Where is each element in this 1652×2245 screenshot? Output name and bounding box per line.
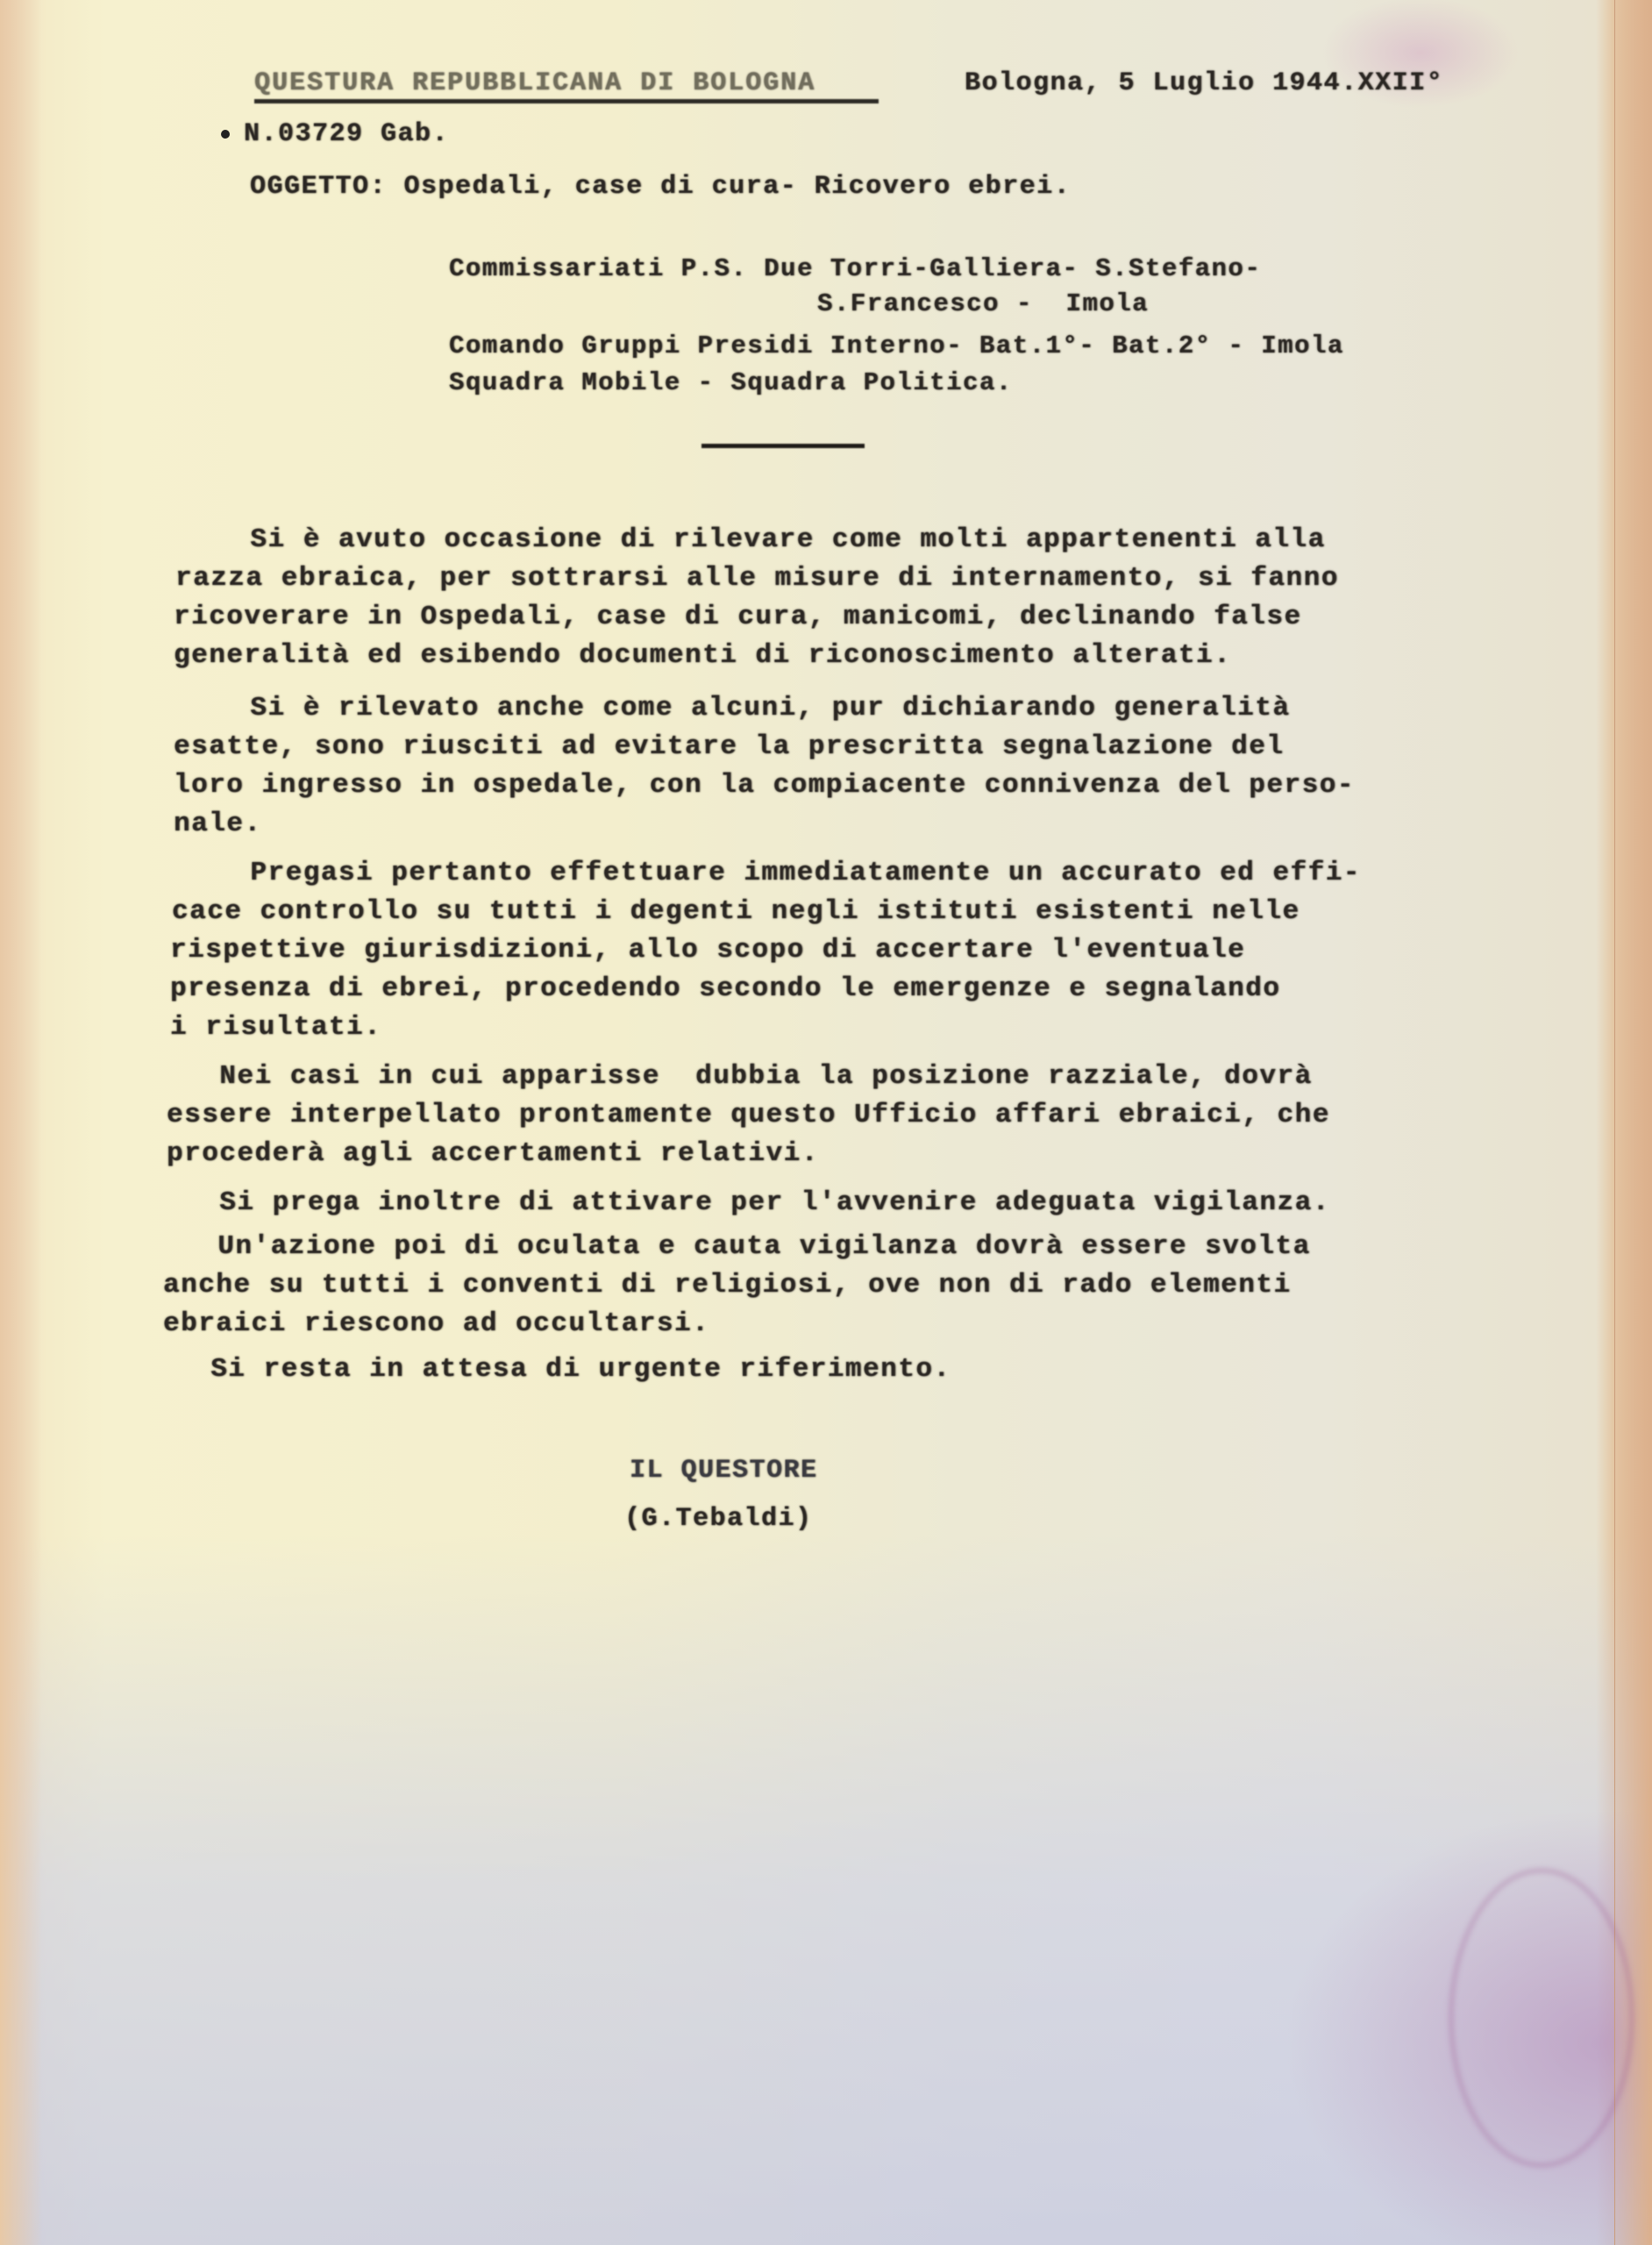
body-line: Pregasi pertanto effettuare immediatamen… bbox=[180, 858, 1361, 888]
body-line: presenza di ebrei, procedendo secondo le… bbox=[170, 973, 1281, 1004]
recipient-line: Commissariati P.S. Due Torri-Galliera- S… bbox=[449, 254, 1261, 283]
faded-stamp-mark bbox=[1449, 1868, 1634, 2168]
body-line: Nei casi in cui apparisse dubbia la posi… bbox=[167, 1061, 1313, 1092]
body-line: Si è rilevato anche come alcuni, pur dic… bbox=[180, 693, 1291, 723]
signatory-title: IL QUESTORE bbox=[630, 1456, 818, 1486]
paper-right-edge bbox=[1614, 0, 1652, 2245]
body-line: Si resta in attesa di urgente riferiment… bbox=[175, 1354, 951, 1385]
body-line: nale. bbox=[174, 809, 262, 839]
body-line: procederà agli accertamenti relativi. bbox=[167, 1138, 819, 1169]
signatory-name: (G.Tebaldi) bbox=[624, 1504, 813, 1534]
body-line: loro ingresso in ospedale, con la compia… bbox=[174, 770, 1355, 801]
body-line: rispettive giurisdizioni, allo scopo di … bbox=[170, 935, 1245, 966]
body-line: esatte, sono riusciti ad evitare la pres… bbox=[174, 731, 1285, 762]
place-and-date: Bologna, 5 Luglio 1944.XXII° bbox=[965, 68, 1443, 98]
paper-left-edge bbox=[0, 0, 42, 2245]
issuing-office: QUESTURA REPUBBLICANA DI BOLOGNA bbox=[254, 68, 815, 98]
body-line: i risultati. bbox=[170, 1012, 381, 1043]
body-line: ebraici riescono ad occultarsi. bbox=[163, 1308, 709, 1339]
body-line: Un'azione poi di oculata e cauta vigilan… bbox=[165, 1231, 1311, 1262]
recipient-line: Comando Gruppi Presidi Interno- Bat.1°- … bbox=[449, 331, 1344, 360]
body-line: anche su tutti i conventi di religiosi, … bbox=[163, 1270, 1292, 1301]
recipient-line: S.Francesco - Imola bbox=[817, 289, 1149, 318]
section-divider bbox=[701, 444, 865, 448]
body-line: ricoverare in Ospedali, case di cura, ma… bbox=[174, 602, 1302, 632]
subject-text: Ospedali, case di cura- Ricovero ebrei. bbox=[404, 172, 1072, 202]
punch-hole-dot bbox=[221, 130, 230, 139]
subject-line: OGGETTO: Ospedali, case di cura- Ricover… bbox=[250, 172, 1071, 202]
body-line: Si prega inoltre di attivare per l'avven… bbox=[167, 1187, 1330, 1218]
header-underline bbox=[254, 99, 879, 103]
body-line: cace controllo su tutti i degenti negli … bbox=[172, 896, 1300, 927]
body-line: razza ebraica, per sottrarsi alle misure… bbox=[175, 563, 1339, 594]
protocol-number: N.03729 Gab. bbox=[244, 119, 449, 149]
subject-label: OGGETTO: bbox=[250, 172, 387, 202]
body-line: Si è avuto occasione di rilevare come mo… bbox=[180, 524, 1326, 555]
recipient-line: Squadra Mobile - Squadra Politica. bbox=[449, 368, 1013, 397]
body-line: generalità ed esibendo documenti di rico… bbox=[174, 640, 1231, 671]
body-line: essere interpellato prontamente questo U… bbox=[167, 1100, 1330, 1130]
